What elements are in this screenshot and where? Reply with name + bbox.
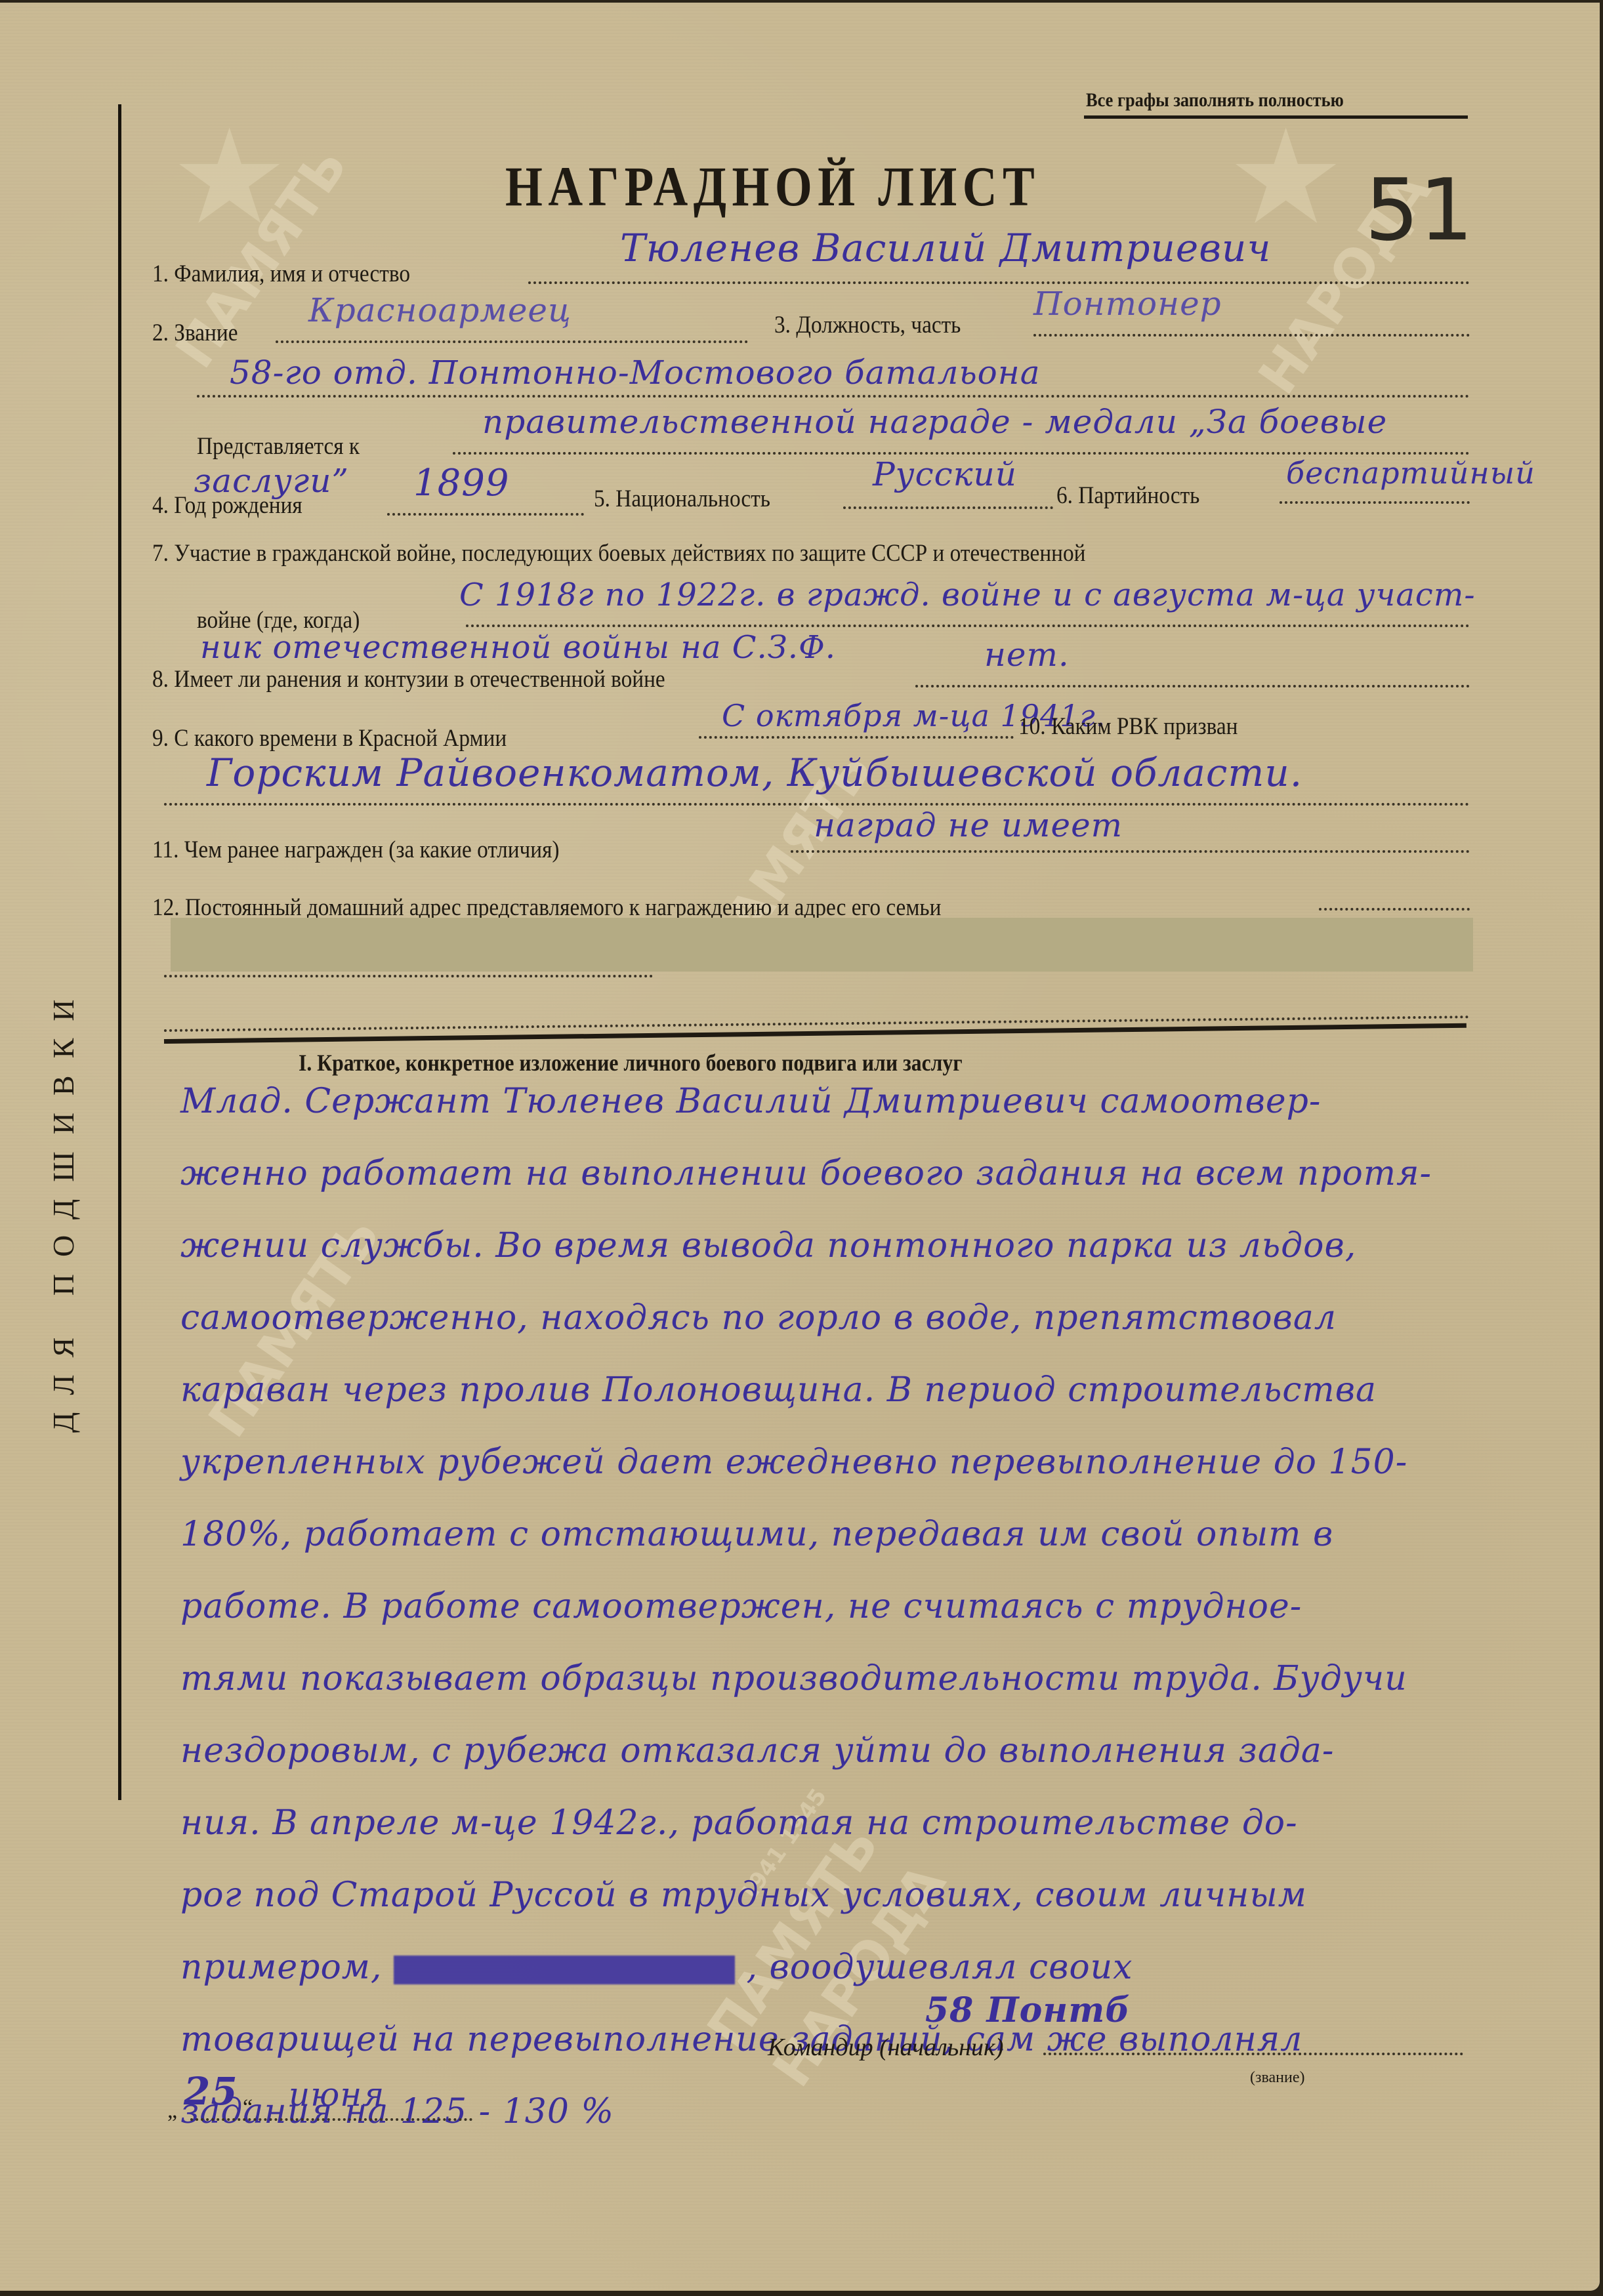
field-3-line xyxy=(1033,334,1470,337)
date-month: июня xyxy=(289,2076,385,2114)
narrative-line: укрепленных рубежей дает ежедневно перев… xyxy=(180,1426,1572,1498)
field-11-line xyxy=(791,850,1470,853)
narrative-line: работе. В работе самоотвержен, не считая… xyxy=(180,1570,1572,1643)
field-3-unit-line xyxy=(197,395,1470,398)
field-8-value: нет. xyxy=(984,636,1070,674)
crossed-out-text xyxy=(394,1956,735,1984)
narrative-line: 180%, работает с отстающими, передавая и… xyxy=(180,1498,1572,1570)
section-divider xyxy=(164,1023,1467,1044)
narrative-text: , воодушевлял своих xyxy=(746,1948,1133,1987)
field-7-line xyxy=(466,625,1470,627)
narrative-line: Млад. Сержант Тюленев Василий Дмитриевич… xyxy=(180,1065,1572,1138)
instruction-underline xyxy=(1084,115,1468,119)
narrative-line: жении службы. Во время вывода понтонного… xyxy=(180,1210,1572,1282)
field-12-line-2 xyxy=(164,975,653,977)
field-2-value: Красноармеец xyxy=(308,291,572,329)
field-3-label: 3. Должность, часть xyxy=(774,311,961,339)
narrative-line: караван через пролив Полоновщина. В пери… xyxy=(180,1354,1572,1426)
narrative-line: рог под Старой Руссой в трудных условиях… xyxy=(180,1859,1572,1931)
rank-label: (звание) xyxy=(1250,2069,1304,2087)
field-5-label: 5. Национальность xyxy=(594,485,770,513)
field-5-value: Русский xyxy=(873,455,1017,493)
archive-number: 51 xyxy=(1365,160,1473,260)
field-4-line xyxy=(387,513,584,516)
field-7-value-cont: ник отечественной войны на С.З.Ф. xyxy=(200,629,836,666)
presented-line xyxy=(453,452,1470,455)
narrative-line: примером, , воодушевлял своих xyxy=(180,1931,1572,2003)
field-2-label: 2. Звание xyxy=(152,319,238,347)
unit-signature: 58 Понтб xyxy=(925,1990,1131,2030)
field-2-line xyxy=(276,340,748,343)
fill-instruction: Все графы заполнять полностью xyxy=(1086,89,1344,112)
narrative-text: примером, xyxy=(180,1948,382,1987)
field-6-value: беспартийный xyxy=(1286,455,1535,491)
field-11-label: 11. Чем ранее награжден (за какие отличи… xyxy=(152,836,559,864)
field-3-unit-value: 58-го отд. Понтонно-Мостового батальона xyxy=(230,354,1041,392)
narrative-line: женно работает на выполнении боевого зад… xyxy=(180,1138,1572,1210)
field-8-label: 8. Имеет ли ранения и контузии в отечест… xyxy=(152,665,665,693)
field-1-value: Тюленев Василий Дмитриевич xyxy=(620,226,1271,270)
narrative-line: тями показывает образцы производительнос… xyxy=(180,1643,1572,1715)
date-day: 25 xyxy=(184,2069,238,2114)
field-7-value: С 1918г по 1922г. в гражд. войне и с авг… xyxy=(459,577,1476,613)
field-8-line xyxy=(915,685,1470,687)
address-redaction-block xyxy=(171,918,1473,972)
date-line xyxy=(190,2118,472,2121)
narrative-line: самоотверженно, находясь по горло в воде… xyxy=(180,1282,1572,1354)
field-4-value: 1899 xyxy=(413,462,510,504)
date-close-quote: “ xyxy=(243,2095,253,2120)
field-1-line xyxy=(528,281,1470,284)
merit-narrative: Млад. Сержант Тюленев Василий Дмитриевич… xyxy=(180,1065,1572,2148)
field-11-value: наград не имеет xyxy=(814,806,1123,844)
field-9-line xyxy=(699,736,1014,739)
award-sheet-page: ★ ★ ПАМЯТЬ НАРОДА ПАМЯТЬ ПАМЯТЬ ПАМЯТЬ Н… xyxy=(0,3,1600,2291)
field-9-label: 9. С какого времени в Красной Армии xyxy=(152,724,507,752)
field-6-label: 6. Партийность xyxy=(1056,482,1199,510)
field-10-label: 10. Каким РВК призван xyxy=(1018,712,1238,741)
commander-line xyxy=(1043,2053,1463,2055)
document-title: НАГРАДНОЙ ЛИСТ xyxy=(505,154,1040,219)
date-open-quote: „ xyxy=(167,2099,177,2123)
binding-margin-rule xyxy=(118,104,121,1800)
field-10-value: Горским Райвоенкоматом, Куйбышевской обл… xyxy=(207,750,1302,795)
narrative-line: задания на 125 - 130 % xyxy=(180,2076,1572,2148)
field-10-line xyxy=(164,803,1470,806)
commander-label: Командир (начальник) xyxy=(768,2033,1003,2062)
field-12-line xyxy=(1319,908,1470,911)
narrative-line: нездоровым, с рубежа отказался уйти до в… xyxy=(180,1715,1572,1787)
field-4-label: 4. Год рождения xyxy=(152,491,302,520)
presented-label: Представляется к xyxy=(197,432,360,461)
field-6-line xyxy=(1280,501,1470,504)
narrative-line: ния. В апреле м-це 1942г., работая на ст… xyxy=(180,1787,1572,1859)
field-7-label: 7. Участие в гражданской войне, последую… xyxy=(152,539,1085,567)
binding-margin-label: ДЛЯ ПОДШИВКИ xyxy=(46,983,81,1433)
field-5-line xyxy=(843,506,1053,509)
field-3-value: Понтонер xyxy=(1033,285,1222,323)
field-1-label: 1. Фамилия, имя и отчество xyxy=(152,260,410,288)
presented-value: правительственной награде - медали „За б… xyxy=(482,403,1387,441)
